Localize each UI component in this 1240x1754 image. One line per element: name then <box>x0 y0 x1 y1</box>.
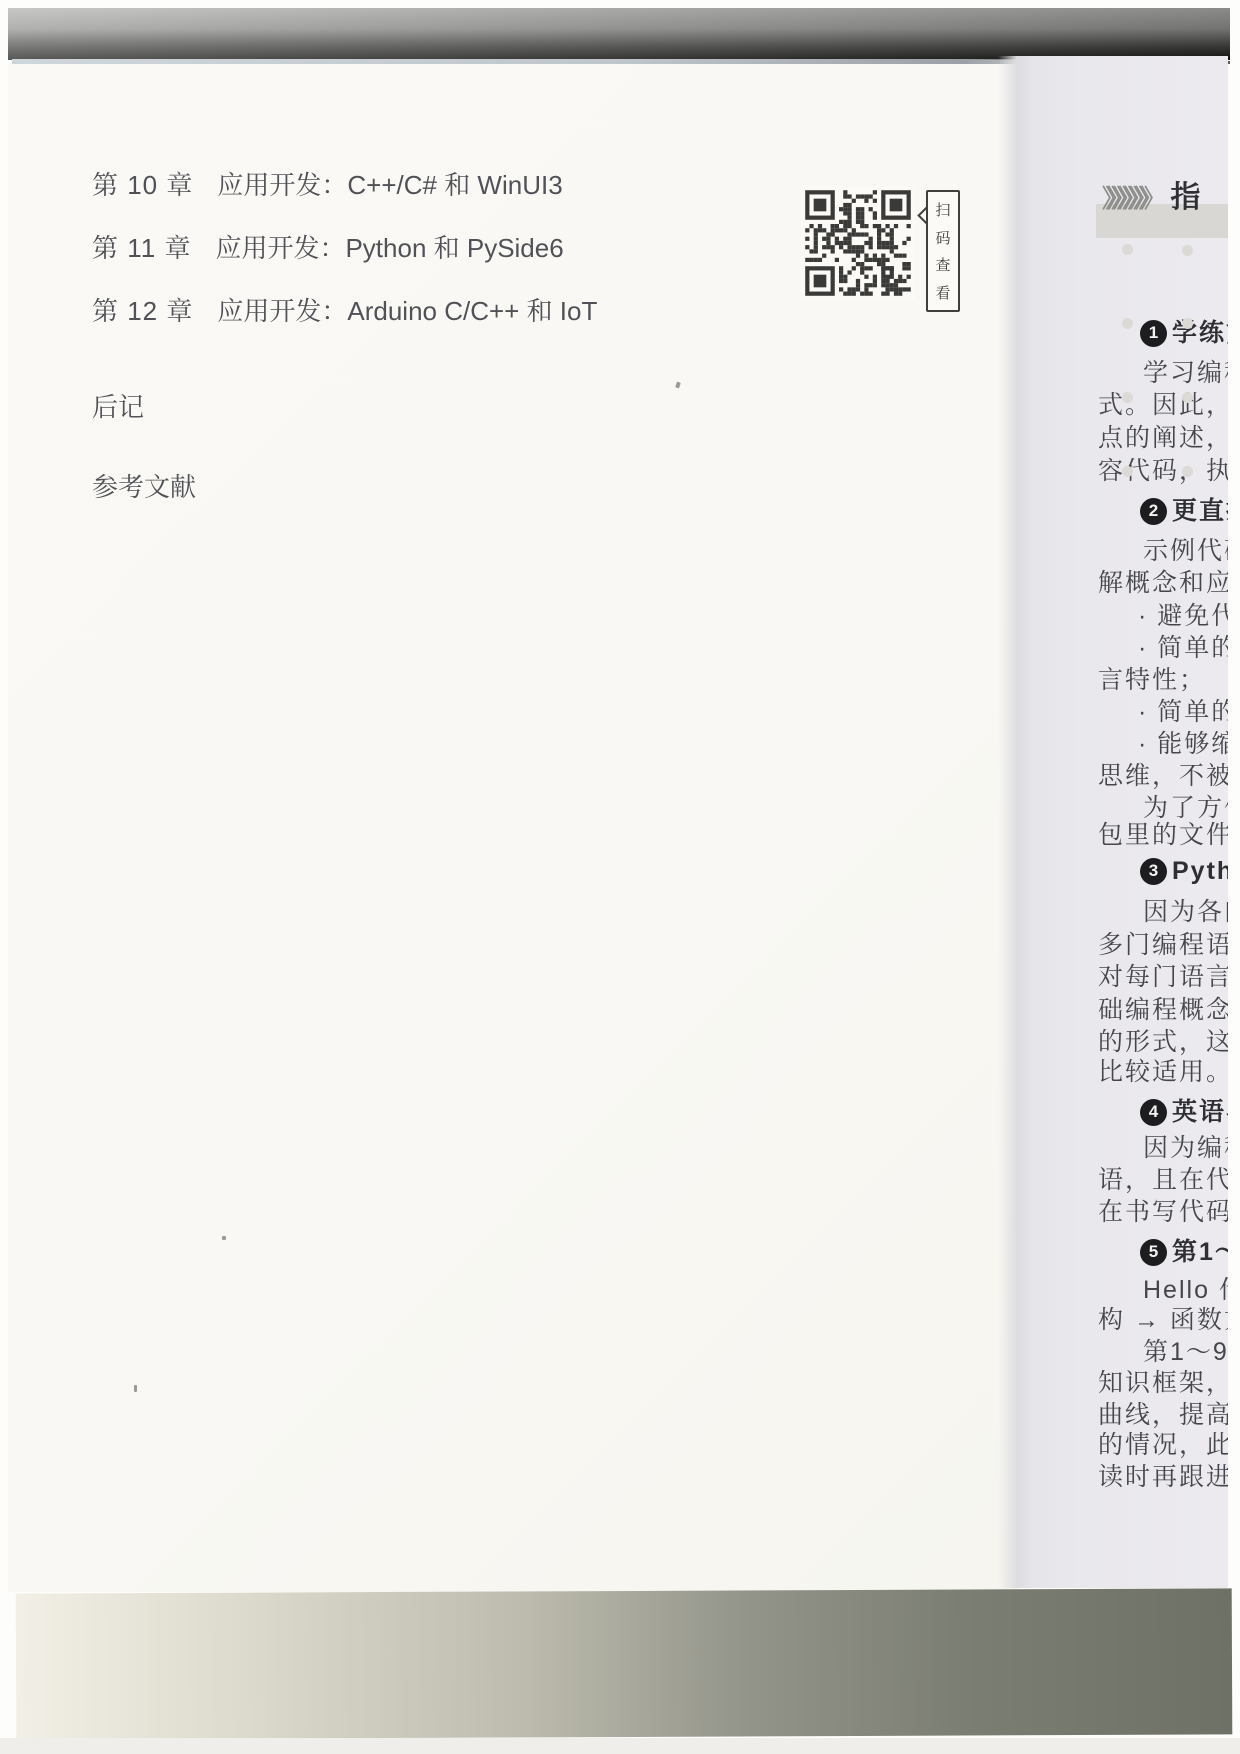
text-line: 解概念和应用 <box>1098 568 1228 598</box>
text-line: 思维，不被过 <box>1098 761 1228 791</box>
text-line: 因为各门 <box>1143 897 1228 927</box>
line-text: 解概念和应用 <box>1098 569 1228 597</box>
line-text: 因为编程 <box>1143 1134 1228 1162</box>
bleedthrough-dot <box>1122 392 1133 403</box>
text-line: 示例代码 <box>1143 536 1228 566</box>
text-line: 第1～9章 <box>1143 1337 1228 1367</box>
toc-chapter-number: 第 10 章 <box>92 172 193 199</box>
numbered-circle-badge: 2 <box>1140 498 1167 525</box>
line-text: 式。因此，本 <box>1098 391 1228 419</box>
line-text: 曲线，提高理 <box>1098 1401 1228 1429</box>
text-line: 学习编程 <box>1143 358 1228 388</box>
text-line: 为了方便 <box>1143 793 1228 823</box>
chevron-arrows-icon: 》》》》》》》》 <box>1102 185 1171 213</box>
text-line: 的情况，此时 <box>1098 1430 1228 1460</box>
scan-speck <box>134 1385 137 1392</box>
bleedthrough-dot <box>1182 392 1193 403</box>
text-line: 在书写代码时， <box>1098 1197 1228 1227</box>
references-entry: 参考文献 <box>92 467 196 504</box>
numbered-circle-badge: 1 <box>1140 320 1167 347</box>
qr-caption-char: 扫 <box>935 199 950 220</box>
text-line: 包里的文件名 <box>1098 820 1228 850</box>
text-line: Hello 代码 <box>1143 1275 1228 1305</box>
afterword-entry: 后记 <box>92 387 144 424</box>
book-bottom-edge <box>16 1588 1233 1739</box>
line-text: 多门编程语言 <box>1098 931 1228 959</box>
numbered-circle-badge: 5 <box>1140 1239 1167 1266</box>
bleedthrough-dot <box>1182 318 1193 329</box>
line-text: 的情况，此时 <box>1098 1431 1228 1459</box>
line-text: 第1～9章 <box>1143 1338 1228 1366</box>
section-heading: 4英语与 <box>1140 1097 1228 1127</box>
line-text: 知识框架，尽 <box>1098 1369 1228 1397</box>
section-heading: 5第1～ <box>1140 1237 1228 1267</box>
line-text: · 简单的代 <box>1138 698 1228 726</box>
line-text: 包里的文件名 <box>1098 821 1228 849</box>
text-line: 多门编程语言 <box>1098 930 1228 960</box>
qr-caption: 扫码查看 <box>926 190 960 312</box>
qr-code <box>801 182 915 304</box>
text-line: 式。因此，本 <box>1098 390 1228 420</box>
numbered-circle-badge: 4 <box>1140 1099 1167 1126</box>
line-text: · 简单的语 <box>1138 634 1228 662</box>
text-line: 容代码，执行 <box>1098 456 1228 486</box>
line-text: 学练方 <box>1172 318 1228 348</box>
line-text: · 能够缩短 <box>1138 730 1228 758</box>
text-line: 比较适用。因此 <box>1098 1057 1228 1087</box>
line-text: 更直接 <box>1172 496 1228 526</box>
qr-caption-char: 码 <box>935 227 950 248</box>
qr-caption-char: 看 <box>935 282 950 303</box>
line-text: 学习编程 <box>1143 359 1228 387</box>
toc-chapter-number: 第 12 章 <box>92 298 193 325</box>
text-line: 知识框架，尽 <box>1098 1368 1228 1398</box>
line-text: 容代码，执行 <box>1098 457 1228 485</box>
line-text: 读时再跟进。 <box>1098 1463 1228 1491</box>
toc-chapter-title: 应用开发：Python 和 PySide6 <box>215 235 563 262</box>
scanned-book-spread: 第 10 章应用开发：C++/C# 和 WinUI3第 11 章应用开发：Pyt… <box>0 0 1240 1754</box>
toc-row: 第 10 章应用开发：C++/C# 和 WinUI3 <box>92 172 597 199</box>
text-line: 的形式，这也 <box>1098 1027 1228 1057</box>
line-text: 英语与 <box>1172 1097 1228 1127</box>
line-text: 点的阐述，作 <box>1098 424 1228 452</box>
text-line: 曲线，提高理 <box>1098 1400 1228 1430</box>
text-line: 对每门语言从 <box>1098 962 1228 992</box>
text-line: 语，且在代码 <box>1098 1165 1228 1195</box>
line-text: Hello 代码 <box>1143 1276 1228 1304</box>
table-of-contents: 第 10 章应用开发：C++/C# 和 WinUI3第 11 章应用开发：Pyt… <box>92 172 597 361</box>
text-line: 读时再跟进。 <box>1098 1462 1228 1492</box>
section-heading: 3Python <box>1140 856 1228 886</box>
line-text: 的形式，这也 <box>1098 1028 1228 1056</box>
scan-bottom-margin <box>0 1738 1240 1754</box>
line-text: 思维，不被过 <box>1098 762 1228 790</box>
bleedthrough-dot <box>1122 244 1133 255</box>
bleedthrough-dot <box>1182 466 1193 477</box>
numbered-circle-badge: 3 <box>1140 858 1167 885</box>
toc-chapter-title: 应用开发：C++/C# 和 WinUI3 <box>217 172 562 199</box>
text-line: 言特性； <box>1098 665 1206 695</box>
bleedthrough-dot <box>1122 466 1133 477</box>
book-top-edge-shadow <box>8 8 1230 60</box>
text-line: · 避免代码 <box>1138 601 1228 631</box>
scan-speck <box>222 1236 226 1240</box>
line-text: 第1～ <box>1172 1237 1228 1267</box>
toc-row: 第 11 章应用开发：Python 和 PySide6 <box>92 235 597 262</box>
bleedthrough-dot <box>1182 245 1193 256</box>
line-text: · 避免代码 <box>1138 602 1228 630</box>
right-page: 》》》》》》》》指 1学练方学习编程式。因此，本点的阐述，作容代码，执行2更直接… <box>1018 56 1228 1588</box>
line-text: 础编程概念的 <box>1098 996 1228 1024</box>
qr-caption-char: 查 <box>935 254 950 275</box>
line-text: 语，且在代码 <box>1098 1166 1228 1194</box>
line-text: 言特性； <box>1098 666 1206 694</box>
page-gutter-shadow <box>998 56 1020 1588</box>
toc-row: 第 12 章应用开发：Arduino C/C++ 和 IoT <box>92 298 597 325</box>
line-text: 在书写代码时， <box>1098 1198 1228 1226</box>
line-text: 示例代码 <box>1143 537 1228 565</box>
line-text: 构 → 函数方法 <box>1098 1306 1228 1334</box>
line-text: 为了方便 <box>1143 794 1228 822</box>
line-text: 对每门语言从 <box>1098 963 1228 991</box>
line-text: Python <box>1172 856 1228 886</box>
line-text: 比较适用。因此 <box>1098 1058 1228 1086</box>
line-text: 因为各门 <box>1143 898 1228 926</box>
text-line: 构 → 函数方法 <box>1098 1305 1228 1335</box>
text-line: · 简单的语 <box>1138 633 1228 663</box>
text-line: · 能够缩短 <box>1138 729 1228 759</box>
right-page-title: 指 <box>1171 181 1203 214</box>
text-line: · 简单的代 <box>1138 697 1228 727</box>
section-heading: 2更直接 <box>1140 496 1228 526</box>
toc-chapter-number: 第 11 章 <box>92 235 191 262</box>
toc-chapter-title: 应用开发：Arduino C/C++ 和 IoT <box>217 298 597 325</box>
text-line: 点的阐述，作 <box>1098 423 1228 453</box>
text-line: 础编程概念的 <box>1098 995 1228 1025</box>
text-line: 因为编程 <box>1143 1133 1228 1163</box>
bleedthrough-dot <box>1122 318 1133 329</box>
right-page-header: 》》》》》》》》指 <box>1102 172 1203 216</box>
